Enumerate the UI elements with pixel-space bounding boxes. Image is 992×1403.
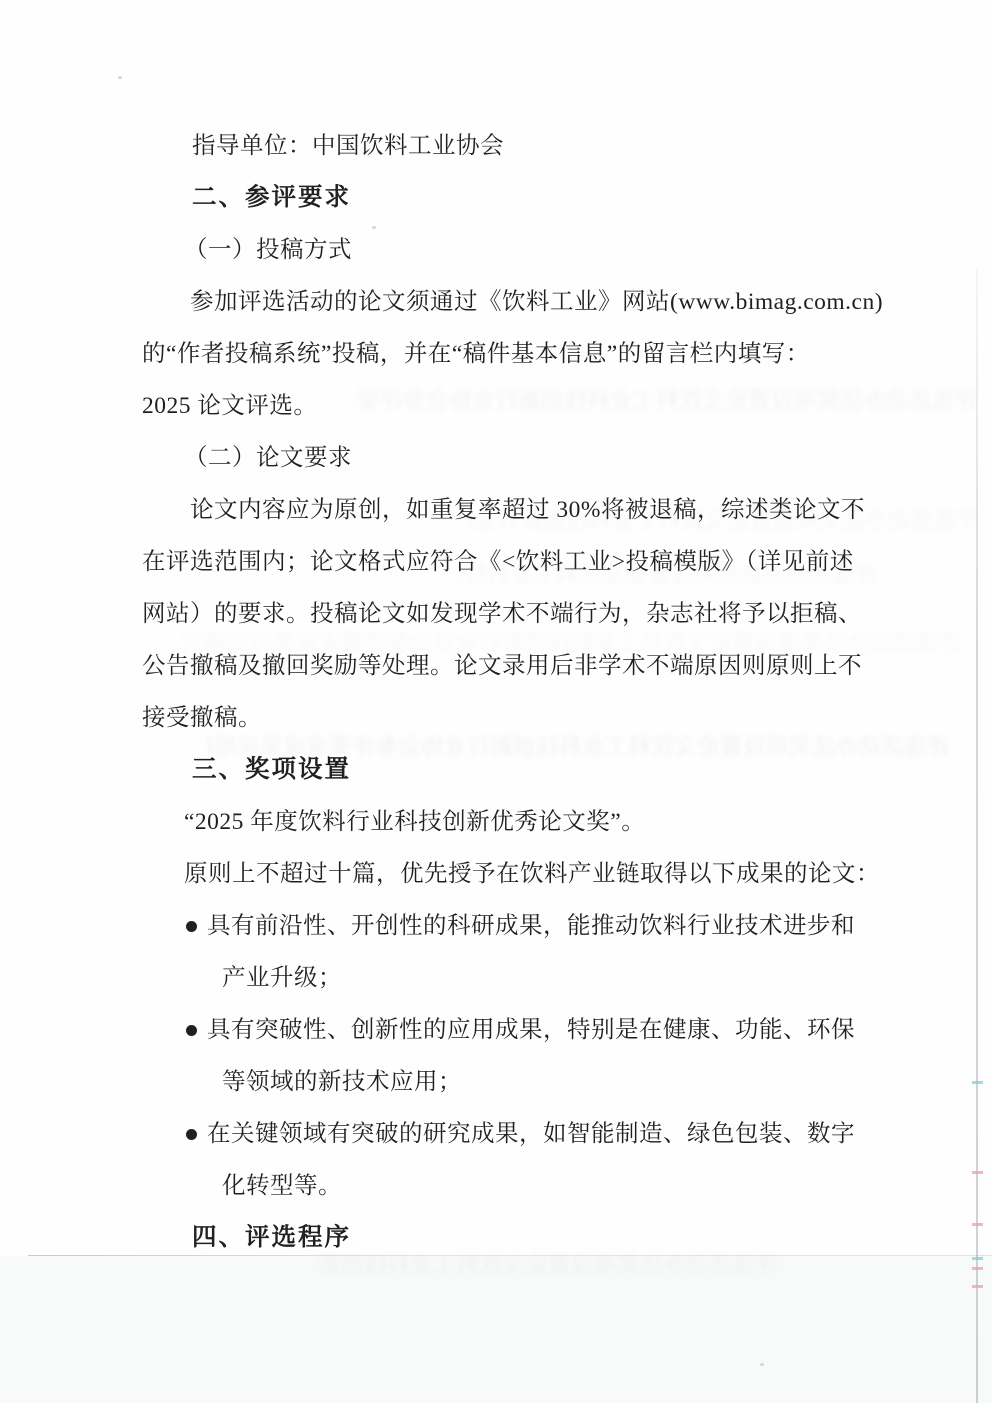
text-line: 等领域的新技术应用； — [0, 1056, 992, 1108]
scan-tick-pink — [972, 1223, 983, 1226]
section-heading: 三、奖项设置 — [0, 744, 992, 796]
scan-edge-line — [976, 268, 978, 1403]
scan-seam-line — [28, 1255, 992, 1256]
text-line: 论文内容应为原创，如重复率超过 30%将被退稿，综述类论文不 — [0, 484, 992, 536]
bullet-item: 具有突破性、创新性的应用成果，特别是在健康、功能、环保 — [0, 1004, 992, 1056]
text-line: 参加评选活动的论文须通过《饮料工业》网站(www.bimag.com.cn) — [0, 276, 992, 328]
bullet-text: 具有突破性、创新性的应用成果，特别是在健康、功能、环保 — [207, 1017, 855, 1043]
text-line: 公告撤稿及撤回奖励等处理。论文录用后非学术不端原因则原则上不 — [0, 640, 992, 692]
scan-tick-pink — [972, 1285, 983, 1288]
text-line: “2025 年度饮料行业科技创新优秀论文奖”。 — [0, 796, 992, 848]
text-line: 原则上不超过十篇，优先授予在饮料产业链取得以下成果的论文： — [0, 848, 992, 900]
text-line: 在评选范围内；论文格式应符合《<饮料工业>投稿模版》（详见前述 — [0, 536, 992, 588]
document-body: 指导单位：中国饮料工业协会二、参评要求（一）投稿方式参加评选活动的论文须通过《饮… — [0, 120, 992, 1264]
text-line: 指导单位：中国饮料工业协会 — [0, 120, 992, 172]
bullet-text: 在关键领域有突破的研究成果，如智能制造、绿色包装、数字 — [207, 1121, 855, 1147]
text-line: 网站）的要求。投稿论文如发现学术不端行为，杂志社将予以拒稿、 — [0, 588, 992, 640]
text-line: 产业升级； — [0, 952, 992, 1004]
scanned-document-page: 评选活动办法奖项设置论文饮料工业科技创新行业协会参评要求成果应用研究通知评选活动… — [0, 0, 992, 1403]
text-line: 化转型等。 — [0, 1160, 992, 1212]
text-line: 2025 论文评选。 — [0, 380, 992, 432]
scan-tick-pink — [972, 1267, 983, 1270]
bullet-icon — [186, 1025, 197, 1036]
bullet-text: 具有前沿性、开创性的科研成果，能推动饮料行业技术进步和 — [207, 913, 855, 939]
paper-speck — [118, 76, 122, 79]
section-heading: 四、评选程序 — [0, 1212, 992, 1264]
scan-lower-tint — [0, 1256, 992, 1403]
paper-speck — [372, 226, 376, 229]
text-line: 的“作者投稿系统”投稿，并在“稿件基本信息”的留言栏内填写： — [0, 328, 992, 380]
scan-tick-cyan — [972, 1081, 983, 1084]
bullet-icon — [186, 921, 197, 932]
bullet-icon — [186, 1129, 197, 1140]
bullet-item: 具有前沿性、开创性的科研成果，能推动饮料行业技术进步和 — [0, 900, 992, 952]
text-line: （二）论文要求 — [0, 432, 992, 484]
scan-tick-pink — [972, 1171, 983, 1174]
text-line: （一）投稿方式 — [0, 224, 992, 276]
paper-speck — [760, 1363, 764, 1366]
text-line: 接受撤稿。 — [0, 692, 992, 744]
scan-tick-cyan — [972, 1257, 983, 1260]
section-heading: 二、参评要求 — [0, 172, 992, 224]
bullet-item: 在关键领域有突破的研究成果，如智能制造、绿色包装、数字 — [0, 1108, 992, 1160]
